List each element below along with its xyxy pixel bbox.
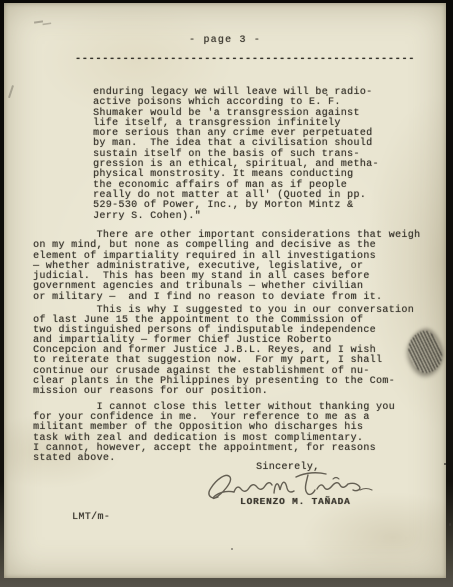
pencil-mark (34, 20, 43, 23)
body-paragraph-closing: I cannot close this letter without thank… (33, 403, 395, 464)
pencil-mark (8, 85, 13, 98)
typed-dashed-divider: ----------------------------------------… (75, 55, 415, 65)
paper-speck (326, 94, 328, 96)
scanned-letter-page: { "document": { "page_header": "- page 3… (0, 0, 453, 587)
letter-paper: - page 3 - -----------------------------… (4, 3, 446, 578)
body-paragraph-impartiality: There are other important considerations… (33, 231, 420, 303)
paper-speck (231, 548, 233, 550)
typist-initials: LMT/m- (72, 513, 110, 523)
signature-typed-name: LORENZO M. TAÑADA (240, 497, 351, 507)
quoted-passage: enduring legacy we will leave will be ra… (93, 88, 379, 222)
page-number-header: - page 3 - (4, 36, 446, 46)
body-paragraph-suggestion: This is why I suggested to you in our co… (33, 306, 414, 397)
paper-speck (449, 523, 451, 526)
paper-speck (444, 463, 446, 465)
